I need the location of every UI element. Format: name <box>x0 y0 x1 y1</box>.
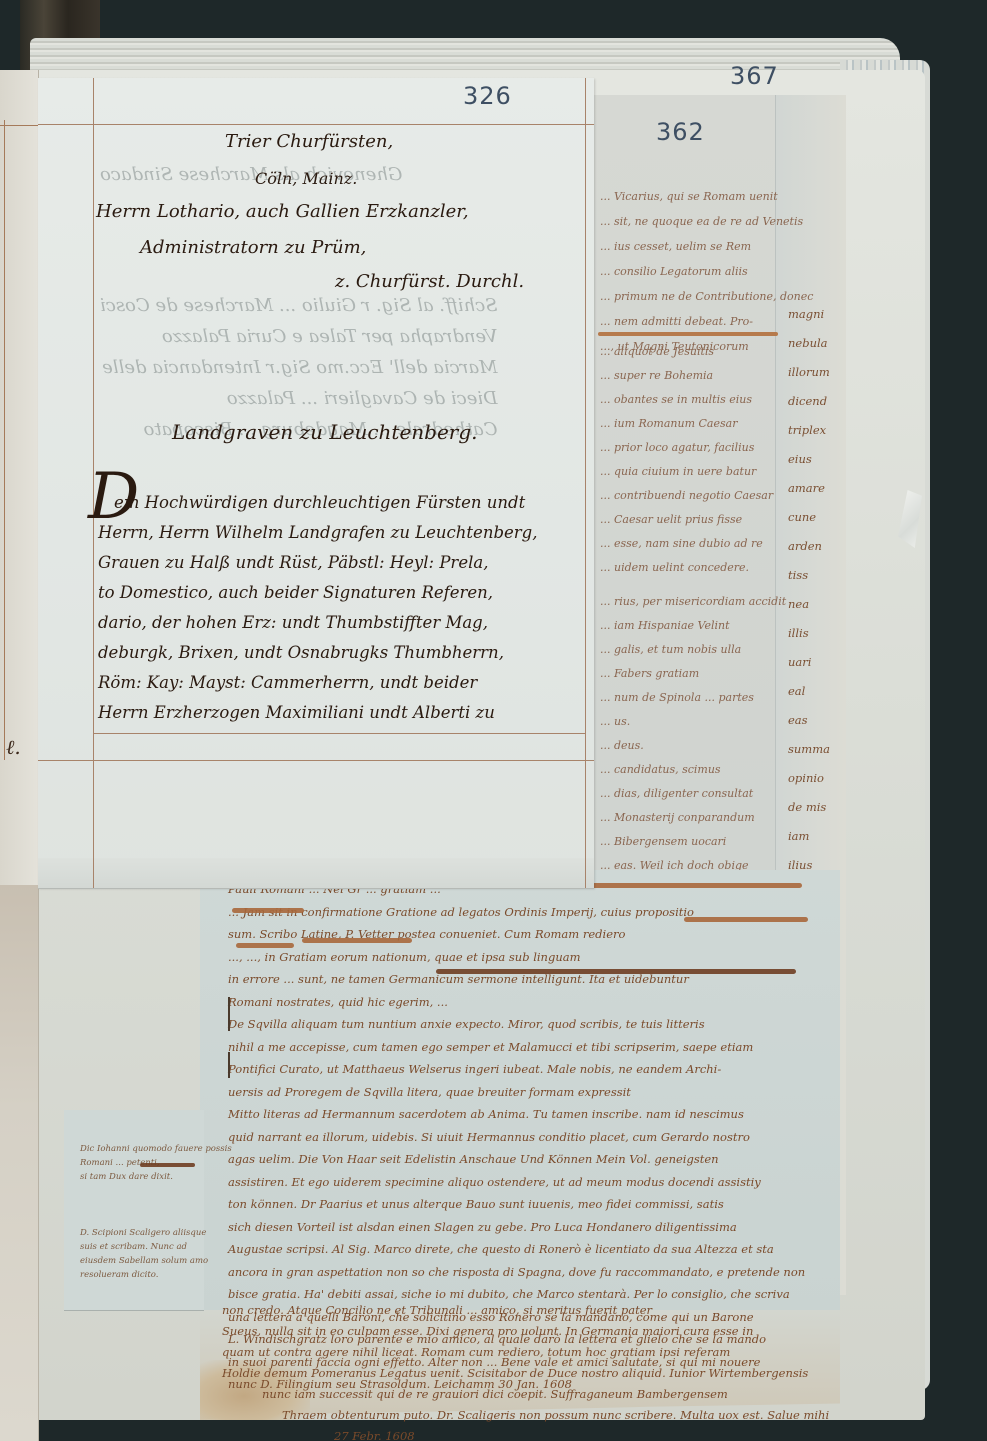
strikeout-line <box>302 938 412 943</box>
letter-line: non credo. Atque Concilio ne et Tribunal… <box>222 1300 829 1321</box>
fragment: de mis <box>788 793 839 822</box>
heading-line-2: Cöln, Mainz. <box>255 165 357 193</box>
strikeout-line <box>236 943 294 948</box>
ruled-line-top <box>38 124 594 125</box>
letter-line: agas uelim. Die Von Haar seit Edelistin … <box>228 1148 805 1171</box>
slip-line: ... primum ne de Contributione, donec <box>600 284 813 309</box>
letter-line: Holdie demum Pomeranus Legatus uenit. Sc… <box>222 1363 829 1384</box>
margin-bracket <box>228 1052 230 1078</box>
slip-line: ... Fabers gratiam <box>600 662 786 686</box>
letter-line: Sueus, nulla sit in eo culpam esse. Dixi… <box>222 1321 829 1342</box>
fragment: uari <box>788 648 839 677</box>
sheet-fold <box>38 858 594 889</box>
fragment: summa <box>788 735 839 764</box>
ruled-line-bottom <box>38 760 594 761</box>
ink-stroke-strikeout <box>598 332 778 336</box>
body-line: Grauen zu Halß undt Rüst, Päbstl: Heyl: … <box>98 548 537 578</box>
note-line: D. Scipioni Scaligero aliisque <box>80 1226 208 1240</box>
letter-line: nihil a me accepisse, cum tamen ego semp… <box>228 1036 805 1059</box>
folio-number-367: 367 <box>730 62 779 90</box>
note-line: si tam Dux dare dixit. <box>80 1170 232 1184</box>
folio-number-362: 362 <box>656 118 705 146</box>
slip-line: ... Vicarius, qui se Romam uenit <box>600 184 813 209</box>
fragment: nebula <box>788 329 839 358</box>
slip-line: ... prior loco agatur, facilius <box>600 436 773 460</box>
letter-line: Romani nostrates, quid hic egerim, ... <box>228 991 805 1014</box>
letter-line: ton können. Dr Paarius et unus alterque … <box>228 1193 805 1216</box>
note-line: suis et scribam. Nunc ad <box>80 1240 208 1254</box>
body-line: dario, der hohen Erz: undt Thumbstiffter… <box>98 608 537 638</box>
slip-line: ... ius cesset, uelim se Rem <box>600 234 813 259</box>
slip-line: ... consilio Legatorum aliis <box>600 259 813 284</box>
slip-line: ... sit, ne quoque ea de re ad Venetis <box>600 209 813 234</box>
ghost-line: Dieci de Cavaglieri ... Palazzo <box>100 383 498 414</box>
margin-bracket <box>228 997 230 1031</box>
slip-line: ... iam Hispaniae Velint <box>600 614 786 638</box>
fragment: arden <box>788 532 839 561</box>
letter-line: Mitto literas ad Hermannum sacerdotem ab… <box>228 1103 805 1126</box>
left-page-rule <box>0 125 38 126</box>
letter-line: quid narrant ea illorum, uidebis. Si uiu… <box>228 1126 805 1149</box>
latin-letter-lower: non credo. Atque Concilio ne et Tribunal… <box>222 1300 829 1441</box>
slip-line: ... num de Spinola ... partes <box>600 686 786 710</box>
ghost-line: Vendrapha per Talea e Curia Palazzo <box>100 321 498 352</box>
slip-line: ... esse, nam sine dubio ad re <box>600 532 773 556</box>
letter-line: De Sqvilla aliquam tum nuntium anxie exp… <box>228 1013 805 1036</box>
fragment: nea <box>788 590 839 619</box>
margin-note-b: D. Scipioni Scaligero aliisque suis et s… <box>80 1226 208 1282</box>
slip-line: ... deus. <box>600 734 786 758</box>
fragment: eas <box>788 706 839 735</box>
body-line: Herrn, Herrn Wilhelm Landgrafen zu Leuch… <box>98 518 537 548</box>
fragment: amare <box>788 474 839 503</box>
left-page-rule <box>4 120 5 760</box>
heading-line-3: Herrn Lothario, auch Gallien Erzkanzler, <box>96 198 469 226</box>
body-line: deburgk, Brixen, undt Osnabrugks Thumbhe… <box>98 638 537 668</box>
slip-line: ... rius, per misericordiam accidit <box>600 590 786 614</box>
slip-line: ... Caesar uelit prius fisse <box>600 508 773 532</box>
fragment: eius <box>788 445 839 474</box>
folio-number-326: 326 <box>463 82 512 110</box>
body-line: Herrn Erzherzogen Maximiliani undt Alber… <box>98 698 537 728</box>
note-line: Dic Iohanni quomodo fauere possis <box>80 1142 232 1156</box>
ruled-line-bottom <box>93 733 585 734</box>
section-title: Landgraven zu Leuchtenberg. <box>172 418 478 446</box>
slip-line: ... uidem uelint concedere. <box>600 556 773 580</box>
fragment: cune <box>788 503 839 532</box>
slip-line: ... Monasterij conparandum <box>600 806 786 830</box>
german-body: em Hochwürdigen durchleuchtigen Fürsten … <box>114 488 537 728</box>
strikeout-line <box>436 969 796 974</box>
letter-line: assistiren. Et ego uiderem specimine ali… <box>228 1171 805 1194</box>
slip-line: ... us. <box>600 710 786 734</box>
slip-line: ... ium Romanum Caesar <box>600 412 773 436</box>
slip-line: ... contribuendi negotio Caesar <box>600 484 773 508</box>
body-line: to Domestico, auch beider Signaturen Ref… <box>98 578 537 608</box>
note-line: eiusdem Sabellam solum amo <box>80 1254 208 1268</box>
fragment: opinio <box>788 764 839 793</box>
letter-line: sich diesen Vorteil ist alsdan einen Sla… <box>228 1216 805 1239</box>
slip-line: ... candidatus, scimus <box>600 758 786 782</box>
fragment: eal <box>788 677 839 706</box>
slip-362-text-lower: ... rius, per misericordiam accidit ... … <box>600 590 786 878</box>
fragment: illorum <box>788 358 839 387</box>
strikeout-line <box>140 1163 195 1167</box>
heading-line-4: Administratorn zu Prüm, <box>140 234 366 262</box>
slip-line: ... obantes se in multis eius <box>600 388 773 412</box>
slip-line: ... nem admitti debeat. Pro- <box>600 309 813 334</box>
slip-line: ... quia ciuium in uere batur <box>600 460 773 484</box>
left-margin-mark: ℓ. <box>6 735 21 760</box>
letter-line: uersis ad Proregem de Sqvilla litera, qu… <box>228 1081 805 1104</box>
strikeout-line <box>232 908 304 913</box>
slip-line: ... dias, diligenter consultat <box>600 782 786 806</box>
slip-line: ... super re Bohemia <box>600 364 773 388</box>
body-line: em Hochwürdigen durchleuchtigen Fürsten … <box>114 488 537 518</box>
ghost-line: Marcia dell' Ecc.mo Sig.r Intendancia de… <box>100 352 498 383</box>
slip-line: ... Bibergensem uocari <box>600 830 786 854</box>
fragment: magni <box>788 300 839 329</box>
letter-date: 27 Febr. 1608 <box>222 1426 829 1441</box>
heading-line-1: Trier Churfürsten, <box>225 128 393 156</box>
fragment: iam <box>788 822 839 851</box>
letter-line: Thraem obtenturum puto. Dr. Scaligeris n… <box>222 1405 829 1426</box>
letter-line: ancora in gran aspettation non so che ri… <box>228 1261 805 1284</box>
slip-line: ... aliquot de Jesuitis <box>600 340 773 364</box>
fragment: triplex <box>788 416 839 445</box>
letter-line: quam ut contra agere nihil liceat. Romam… <box>222 1342 829 1363</box>
fragment: illis <box>788 619 839 648</box>
letter-line: nunc iam successit qui de re grauiori di… <box>222 1384 829 1405</box>
letter-line: ..., ..., in Gratiam eorum nationum, qua… <box>228 946 805 969</box>
letter-line: Pontifici Curato, ut Matthaeus Welserus … <box>228 1058 805 1081</box>
left-page-lower-stained <box>0 885 38 1441</box>
heading-line-5: z. Churfürst. Durchl. <box>335 268 524 296</box>
note-line: resolueram dicito. <box>80 1268 208 1282</box>
slip-362-text-middle: ... aliquot de Jesuitis ... super re Boh… <box>600 340 773 580</box>
strikeout-line <box>684 917 808 922</box>
fragment: dicend <box>788 387 839 416</box>
ruled-margin-right <box>585 78 586 888</box>
slip-line: ... galis, et tum nobis ulla <box>600 638 786 662</box>
letter-line: Augustae scripsi. Al Sig. Marco direte, … <box>228 1238 805 1261</box>
fragment: tiss <box>788 561 839 590</box>
body-line: Röm: Kay: Mayst: Cammerherrn, undt beide… <box>98 668 537 698</box>
